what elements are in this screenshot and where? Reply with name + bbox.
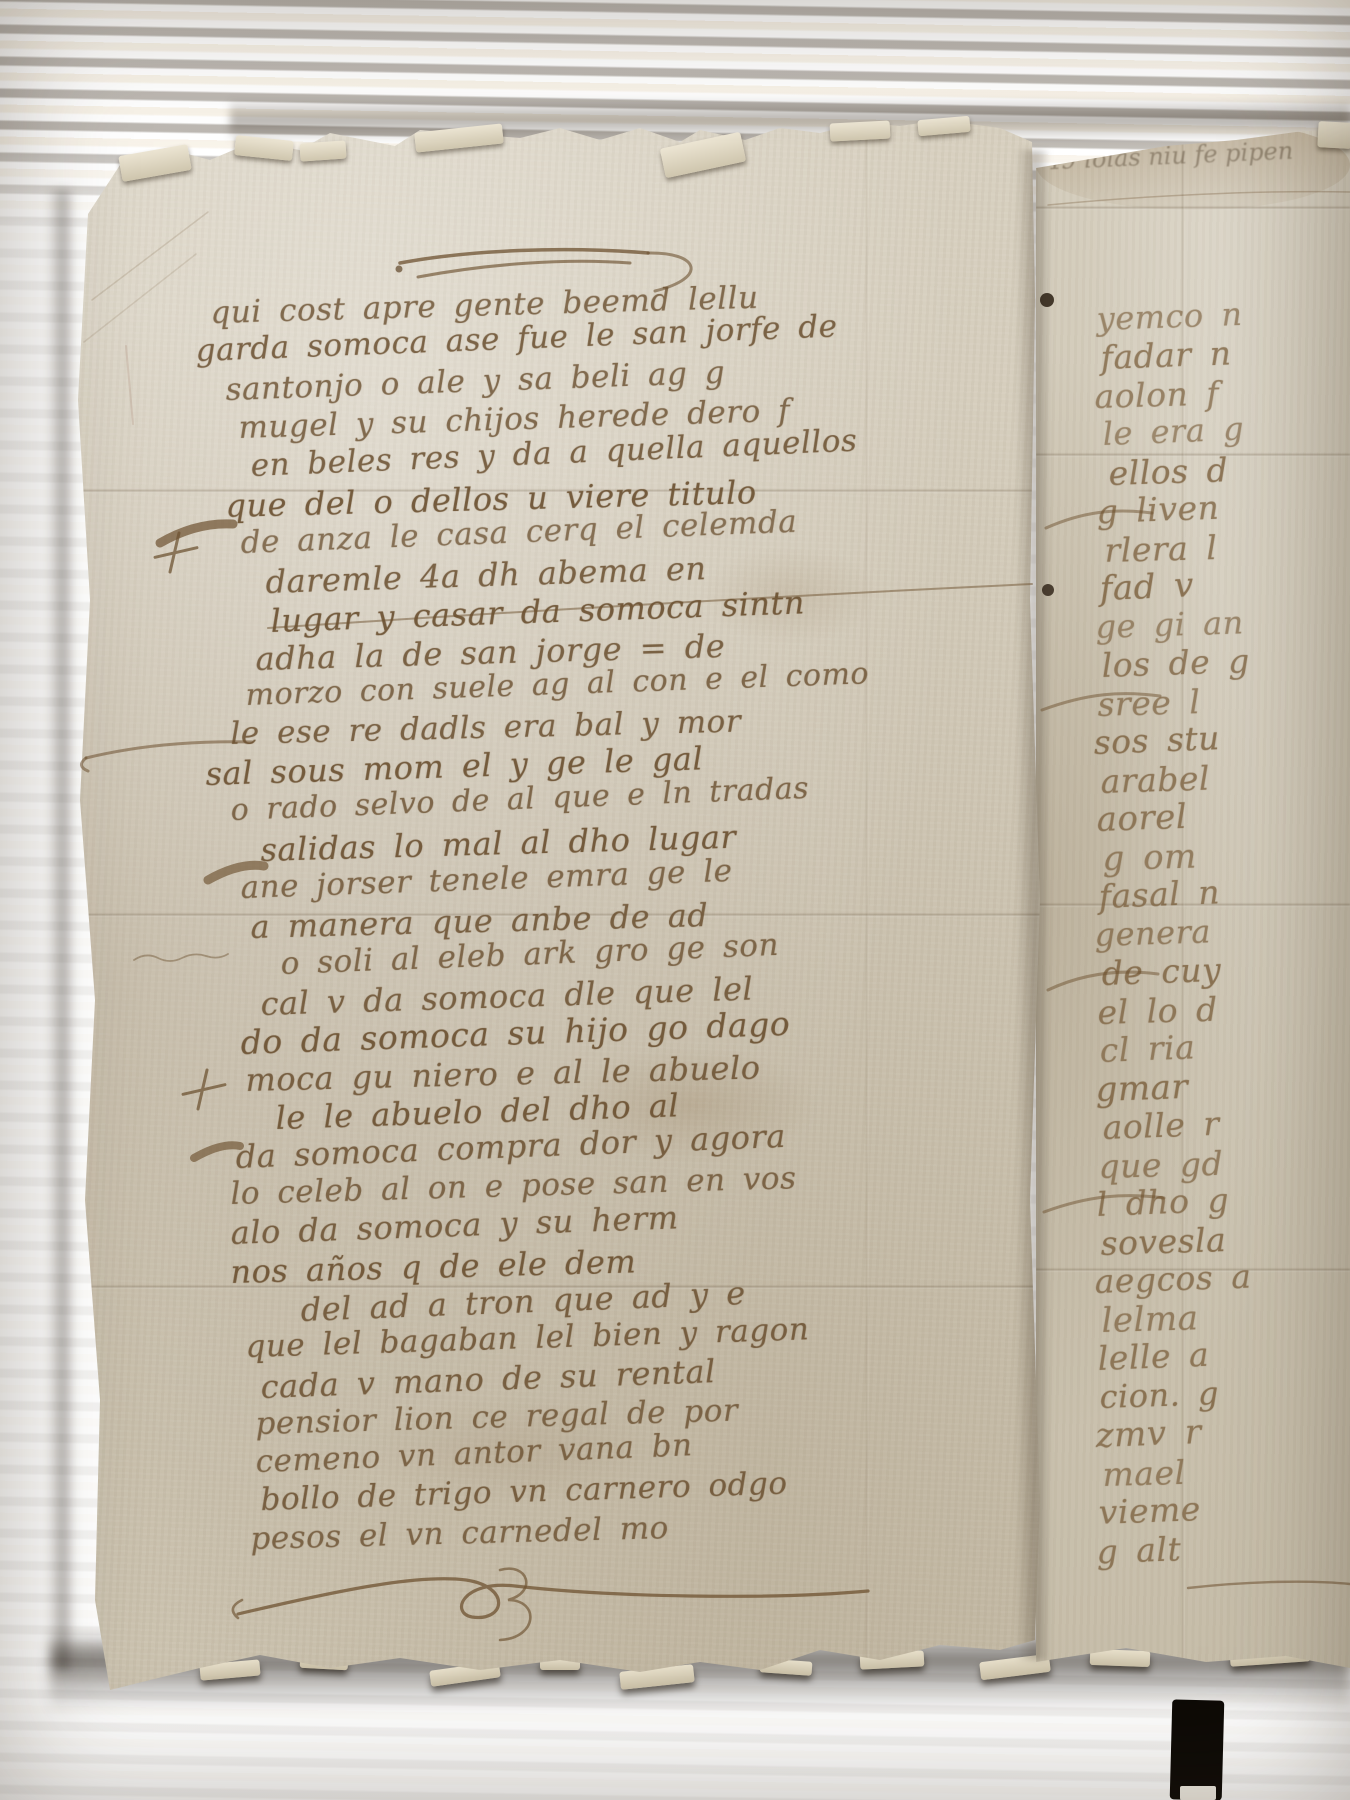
page-left-shadow xyxy=(48,190,74,1670)
handwriting-line: genera xyxy=(1094,912,1211,954)
handwriting-line: g om xyxy=(1102,837,1197,879)
handwriting-line: g liven xyxy=(1096,488,1220,531)
handwriting-line: aolon f xyxy=(1094,374,1219,416)
right-manuscript-page: 49 loias niu fe pipen yemco nfadar naolo… xyxy=(1036,120,1350,1668)
handwriting-line: arabel xyxy=(1100,759,1211,801)
page-overlap-seam-shadow xyxy=(1016,150,1050,1660)
handwriting-line: lelma xyxy=(1101,1298,1199,1341)
handwriting-line: yemco n xyxy=(1096,295,1243,338)
handwriting-line: g alt xyxy=(1096,1529,1182,1571)
handwriting-line: zmv r xyxy=(1095,1412,1202,1456)
handwriting-line: ellos d xyxy=(1108,450,1229,493)
left-manuscript-page: qui cost apre gente beemd lellugarda som… xyxy=(60,115,1045,1700)
torn-paper-flap xyxy=(1317,121,1350,149)
handwriting-line: ge gi an xyxy=(1095,603,1244,646)
handwriting-line: lelle a xyxy=(1097,1335,1210,1378)
handwriting-line: fadar n xyxy=(1100,333,1232,377)
handwriting-line: vieme xyxy=(1098,1489,1201,1532)
handwriting-line: rlera l xyxy=(1104,528,1218,570)
handwriting-line: l dho g xyxy=(1096,1180,1230,1224)
handwriting-line: le era g xyxy=(1102,410,1245,453)
handwriting-line: el lo d xyxy=(1097,990,1218,1032)
slot-light-gap xyxy=(1180,1786,1216,1800)
torn-paper-flap xyxy=(299,140,346,161)
handwriting-line: gmar xyxy=(1095,1067,1189,1110)
handwriting-line: aorel xyxy=(1096,797,1188,840)
handwriting-line: sovesla xyxy=(1100,1220,1227,1263)
handwriting-line: aolle r xyxy=(1102,1104,1220,1147)
handwriting-line: sree l xyxy=(1097,682,1201,724)
handwriting-line: los de g xyxy=(1101,641,1250,685)
handwriting-line: de cuy xyxy=(1101,950,1222,993)
torn-paper-flap xyxy=(830,120,891,141)
handwriting-line: fad v xyxy=(1099,565,1195,609)
handwriting-line: sos stu xyxy=(1093,718,1221,762)
handwriting-line: fasal n xyxy=(1098,872,1221,916)
handwriting-line: cl ria xyxy=(1099,1027,1196,1070)
margin-cross-mark xyxy=(178,1067,230,1113)
handwriting-line: que gd xyxy=(1098,1144,1224,1186)
photo-of-manuscript: 49 loias niu fe pipen yemco nfadar naolo… xyxy=(0,0,1350,1800)
handwriting-line: pesos el vn carnedel mo xyxy=(250,1510,669,1557)
right-page-fold-crease xyxy=(1036,206,1350,210)
handwriting-line: cion. g xyxy=(1099,1374,1219,1416)
faint-top-inscription: 49 loias niu fe pipen xyxy=(1046,137,1294,176)
handwriting-line: aegcos a xyxy=(1094,1257,1252,1301)
left-page-vertical-crease xyxy=(865,115,869,1700)
cardboard-slot-cutout xyxy=(1170,1699,1225,1800)
margin-cross-mark xyxy=(150,530,202,576)
handwriting-line: mael xyxy=(1102,1453,1186,1494)
